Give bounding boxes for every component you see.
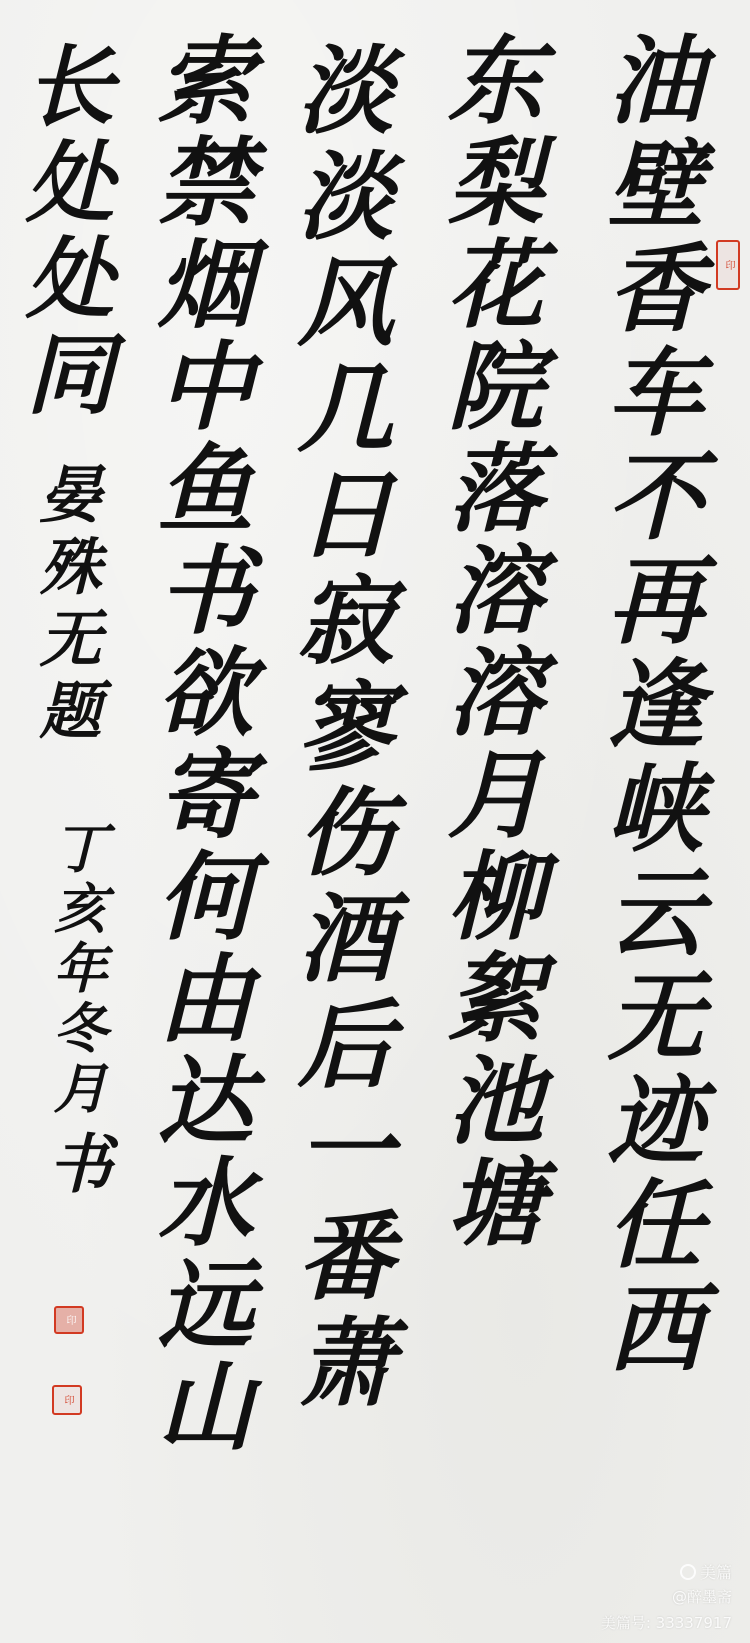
inscription-title: 晏殊无题 bbox=[34, 462, 96, 750]
watermark-user: @醉墨斋 bbox=[672, 1586, 732, 1607]
watermark-logo-text: 美篇 bbox=[700, 1560, 732, 1583]
watermark-logo: 美篇 bbox=[680, 1560, 732, 1583]
poem-column-4: 索禁烟中鱼书欲寄何由达水远山 bbox=[150, 30, 246, 1458]
inscription-date: 丁亥年冬月 bbox=[50, 820, 104, 1120]
name-seal-icon: 印 bbox=[54, 1306, 84, 1334]
poem-column-5: 长处处同 bbox=[20, 40, 108, 424]
artist-signature: 书 bbox=[42, 1130, 106, 1204]
leading-seal-icon: 印 bbox=[716, 240, 740, 290]
watermark-id: 美篇号: 33337917 bbox=[601, 1612, 732, 1633]
poem-column-2: 东梨花院落溶溶月柳絮池塘 bbox=[440, 30, 536, 1254]
poem-column-1: 油壁香车不再逢峡云无迹任西 bbox=[600, 30, 696, 1382]
studio-seal-icon: 印 bbox=[52, 1385, 82, 1415]
poem-column-3: 淡淡风几日寂寥伤酒后一番萧 bbox=[290, 40, 386, 1418]
meipian-logo-icon bbox=[680, 1564, 696, 1580]
